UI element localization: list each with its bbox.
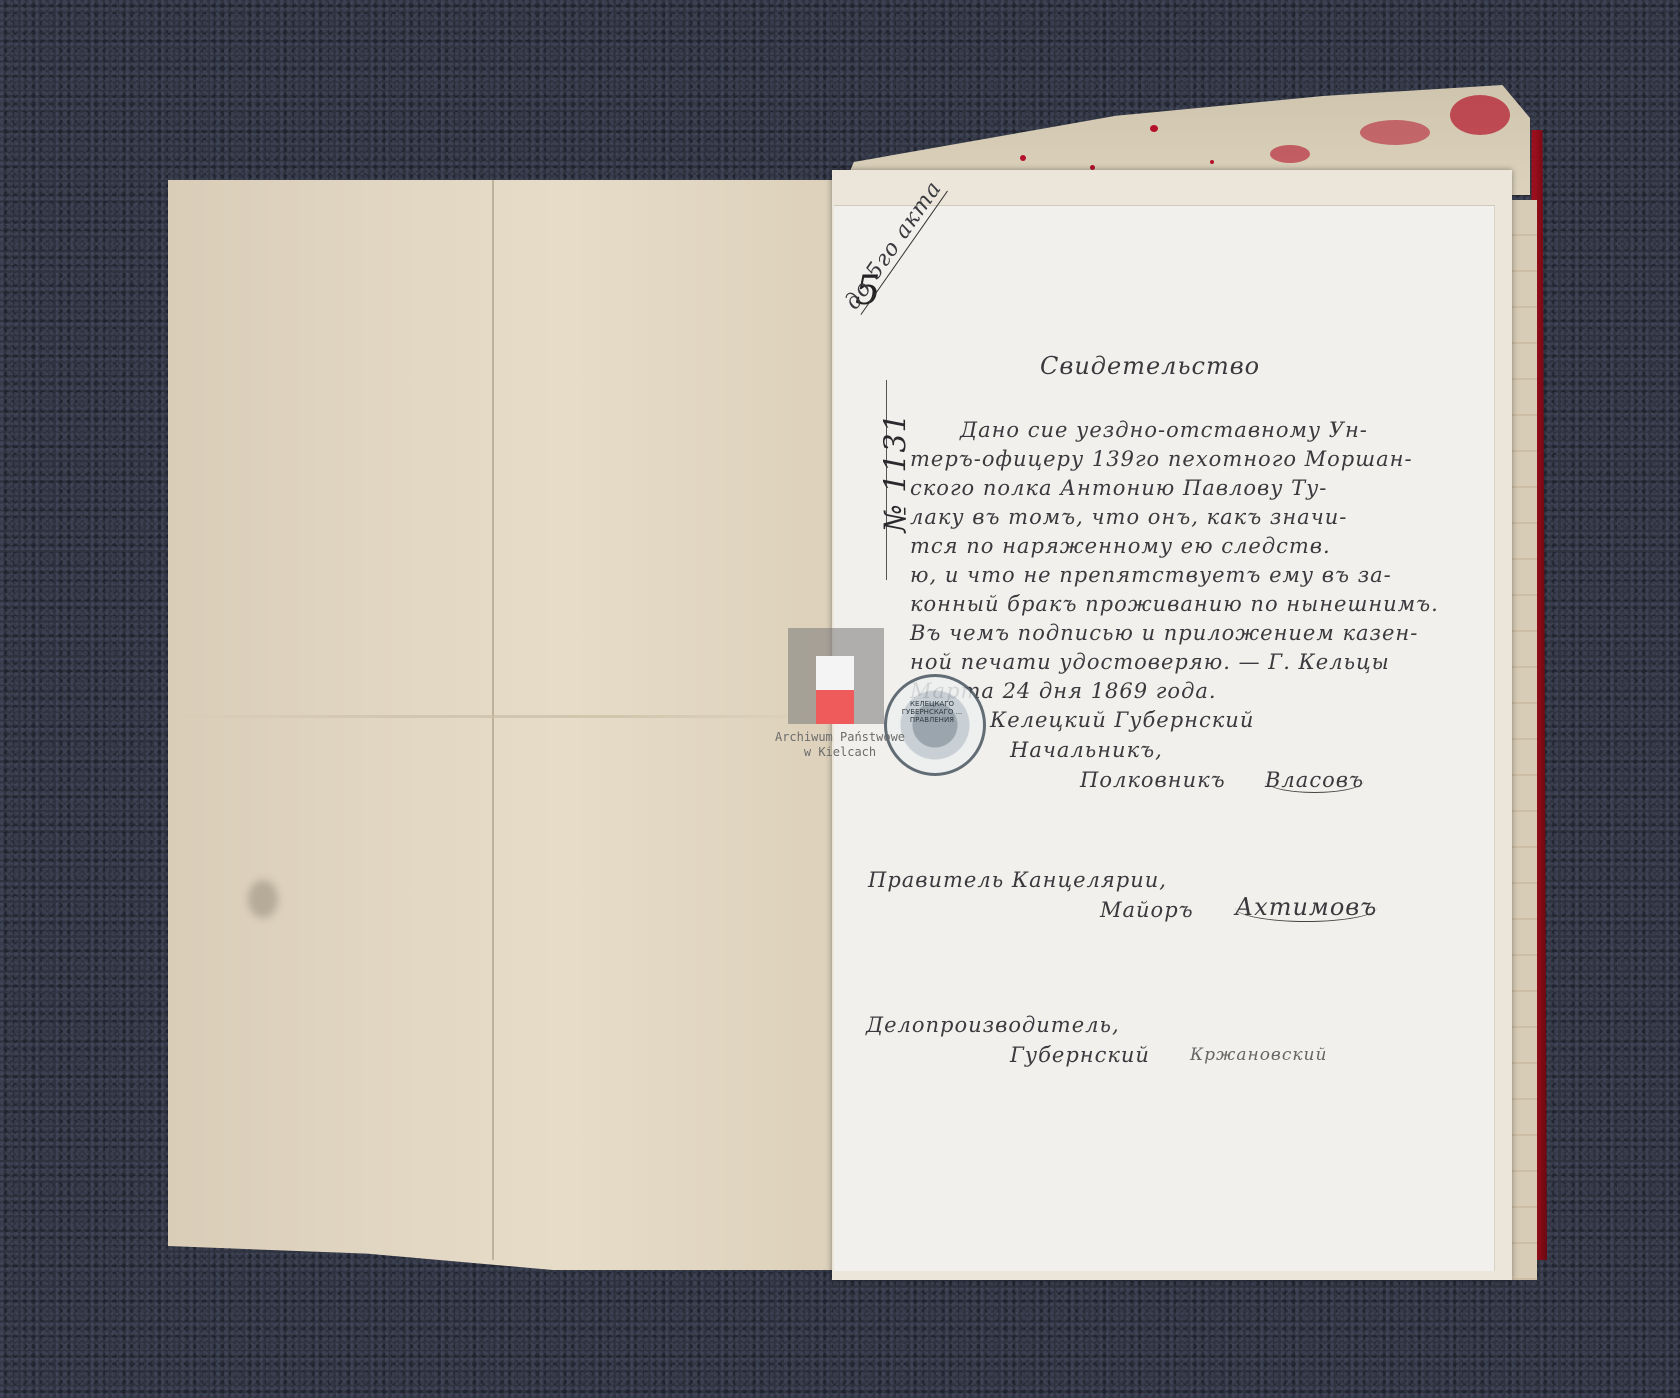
archive-logo-red-block	[816, 690, 854, 724]
body-line: теръ-офицеру 139го пехотного Моршан-	[910, 447, 1413, 471]
body-line: ю, и что не препятствуетъ ему въ за-	[910, 563, 1392, 587]
body-line: Въ чемъ подписью и приложением казен-	[910, 621, 1418, 645]
body-line: ной печати удостоверяю. — Г. Кельцы	[910, 650, 1390, 674]
signatory-line: Делопроизводитель,	[866, 1013, 1120, 1037]
signature: Кржановский	[1190, 1045, 1327, 1065]
official-seal-stamp	[884, 674, 986, 776]
document-title: Свидетельство	[1040, 352, 1260, 380]
stamp-text: КЕЛЕЦКАГО ГУБЕРНСКАГО ... ПРАВЛЕНИЯ	[890, 700, 974, 724]
watermark-line-2: w Kielcach	[760, 745, 920, 760]
body-line: конный бракъ проживанию по нынешнимъ.	[910, 592, 1439, 616]
signature: Ахтимовъ	[1235, 893, 1377, 922]
signature: Власовъ	[1265, 768, 1364, 793]
signatory-line: Майоръ	[1100, 898, 1194, 922]
left-page-stain	[248, 880, 278, 918]
signatory-line: Келецкий Губернский	[990, 708, 1254, 732]
body-line: Дано сие уездно-отставному Ун-	[960, 418, 1368, 442]
signatory-line: Губернский	[1010, 1043, 1150, 1067]
margin-registry-number: № 1131	[879, 412, 914, 532]
left-blank-page	[168, 180, 832, 1270]
body-line: лаку въ томъ, что онъ, какъ значи-	[910, 505, 1347, 529]
signatory-line: Начальникъ,	[1010, 738, 1163, 762]
signatory-line: Полковникъ	[1080, 768, 1226, 792]
body-line: тся по наряженному ею следств.	[910, 534, 1331, 558]
left-page-horizontal-fold	[170, 715, 830, 718]
body-line: ского полка Антонию Павлову Ту-	[910, 476, 1327, 500]
signatory-line: Правитель Канцелярии,	[868, 868, 1167, 892]
archive-watermark-text: Archiwum Państwowe w Kielcach	[760, 730, 920, 760]
watermark-line-1: Archiwum Państwowe	[760, 730, 920, 745]
left-page-vertical-fold	[492, 180, 494, 1260]
archive-logo-white-block	[816, 656, 854, 690]
